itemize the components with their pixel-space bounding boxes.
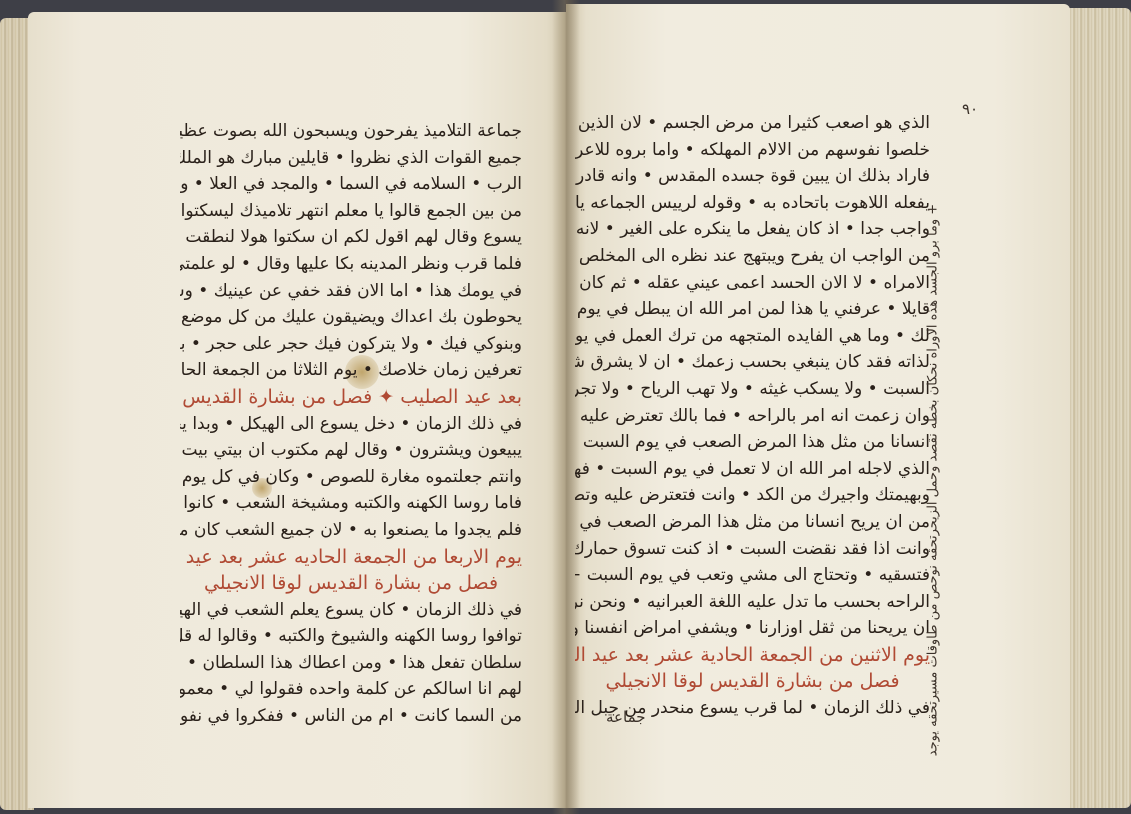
rubric-heading: فصل من بشارة القديس لوقا الانجيلي	[180, 570, 522, 597]
text-line: وبنوكي فيك • ولا يتركون فيك حجر على حجر …	[180, 331, 522, 358]
text-line: الرب • السلامه في السما • والمجد في العل…	[180, 171, 522, 198]
text-line: الذي لاجله امر الله ان لا تعمل في يوم ال…	[575, 456, 930, 483]
marginal-annotation: + وما برو الجسد هذه الاوراه نحكان بخطه ن…	[918, 215, 948, 745]
marginal-annotation-text: + وما برو الجسد هذه الاوراه نحكان بخطه ن…	[926, 204, 941, 756]
text-line: قايلا • عرفني يا هذا لمن امر الله ان يبط…	[575, 296, 930, 323]
text-line: جماعة التلاميذ يفرحون ويسبحون الله بصوت …	[180, 118, 522, 145]
text-line: وانت اذا فقد نقضت السبت • اذ كنت تسوق حم…	[575, 536, 930, 563]
text-line: جميع القوات الذي نظروا • قايلين مبارك هو…	[180, 145, 522, 172]
text-line: في ذلك الزمان • كان يسوع يعلم الشعب في ا…	[180, 597, 522, 624]
text-line: توافوا روسا الكهنه والشيوخ والكتبه • وقا…	[180, 623, 522, 650]
text-line: يفعله اللاهوت باتحاده به • وقوله لرييس ا…	[575, 190, 930, 217]
text-line: في يومك هذا • اما الان فقد خفي عن عينيك …	[180, 278, 522, 305]
text-line: لهم انا اسالكم عن كلمة واحده فقولوا لي •…	[180, 676, 522, 703]
text-line: خلصوا نفوسهم من الالام المهلكه • واما بر…	[575, 137, 930, 164]
text-line: من ان يريح انسانا من مثل هذا المرض الصعب…	[575, 509, 930, 536]
text-line: وانتم جعلتموه مغارة للصوص • وكان في كل ي…	[180, 464, 522, 491]
text-line: الذي هو اصعب كثيرا من مرض الجسم • لان ال…	[575, 110, 930, 137]
text-line: في ذلك الزمان • دخل يسوع الى الهيكل • وب…	[180, 411, 522, 438]
text-line: يبيعون ويشترون • وقال لهم مكتوب ان بيتي …	[180, 437, 522, 464]
right-page-edges	[1069, 8, 1131, 808]
left-page-text: جماعة التلاميذ يفرحون ويسبحون الله بصوت …	[180, 118, 522, 730]
text-line: لذاته فقد كان ينبغي بحسب زعمك • ان لا يش…	[575, 349, 930, 376]
text-line: سلطان تفعل هذا • ومن اعطاك هذا السلطان •…	[180, 650, 522, 677]
text-line: يحوطون بك اعداك ويضيقون عليك من كل موضع …	[180, 304, 522, 331]
text-line: الامراه • لا الان الحسد اعمى عيني عقله •…	[575, 270, 930, 297]
open-manuscript: ٩٠ جماعة التلاميذ يفرحون ويسبحون الله بص…	[0, 0, 1131, 814]
text-line: فاما روسا الكهنه والكتبه ومشيخة الشعب • …	[180, 490, 522, 517]
text-line: من السما كانت • ام من الناس • ففكروا في …	[180, 703, 522, 730]
text-line: فلم يجدوا ما يصنعوا به • لان جميع الشعب …	[180, 517, 522, 544]
text-line: تعرفين زمان خلاصك • يوم الثلاثا من الجمع…	[180, 357, 522, 384]
text-line: واجب جدا • اذ كان يفعل ما ينكره على الغي…	[575, 216, 930, 243]
text-line: ان يريحنا من ثقل اوزارنا • ويشفي امراض ا…	[575, 615, 930, 642]
folio-number: ٩٠	[962, 100, 978, 118]
text-line: يسوع وقال لهم اقول لكم ان سكتوا هولا لنط…	[180, 224, 522, 251]
text-line: فاراد بذلك ان يبين قوة جسده المقدس • وان…	[575, 163, 930, 190]
text-line: انسانا من مثل هذا المرض الصعب في يوم الس…	[575, 429, 930, 456]
text-line: وان زعمت انه امر بالراحه • فما بالك تعتر…	[575, 403, 930, 430]
catchword: جماعة	[606, 708, 646, 726]
rubric-heading: يوم الاربعا من الجمعة الحاديه عشر بعد عي…	[180, 544, 522, 571]
text-line: الراحه بحسب ما تدل عليه اللغة العبرانيه …	[575, 589, 930, 616]
rubric-heading: فصل من بشارة القديس لوقا الانجيلي	[575, 668, 930, 695]
rubric-heading: يوم الاثنين من الجمعة الحادية عشر بعد عي…	[575, 642, 930, 669]
rubric-heading: بعد عيد الصليب ✦ فصل من بشارة القديس لوق…	[180, 384, 522, 411]
text-line: وبهيمتك واجيرك من الكد • وانت فتعترض علي…	[575, 482, 930, 509]
right-page-text: الذي هو اصعب كثيرا من مرض الجسم • لان ال…	[575, 110, 930, 722]
text-line: السبت • ولا يسكب غيثه • ولا تهب الرياح •…	[575, 376, 930, 403]
text-line: من بين الجمع قالوا يا معلم انتهر تلاميذك…	[180, 198, 522, 225]
text-line: لك • وما هي الفايده المتجهه من ترك العمل…	[575, 323, 930, 350]
text-line: من الواجب ان يفرح ويبتهج عند نظره الى ال…	[575, 243, 930, 270]
text-line: فتسقيه • وتحتاج الى مشي وتعب في يوم السب…	[575, 562, 930, 589]
text-line: فلما قرب ونظر المدينه بكا عليها وقال • ل…	[180, 251, 522, 278]
